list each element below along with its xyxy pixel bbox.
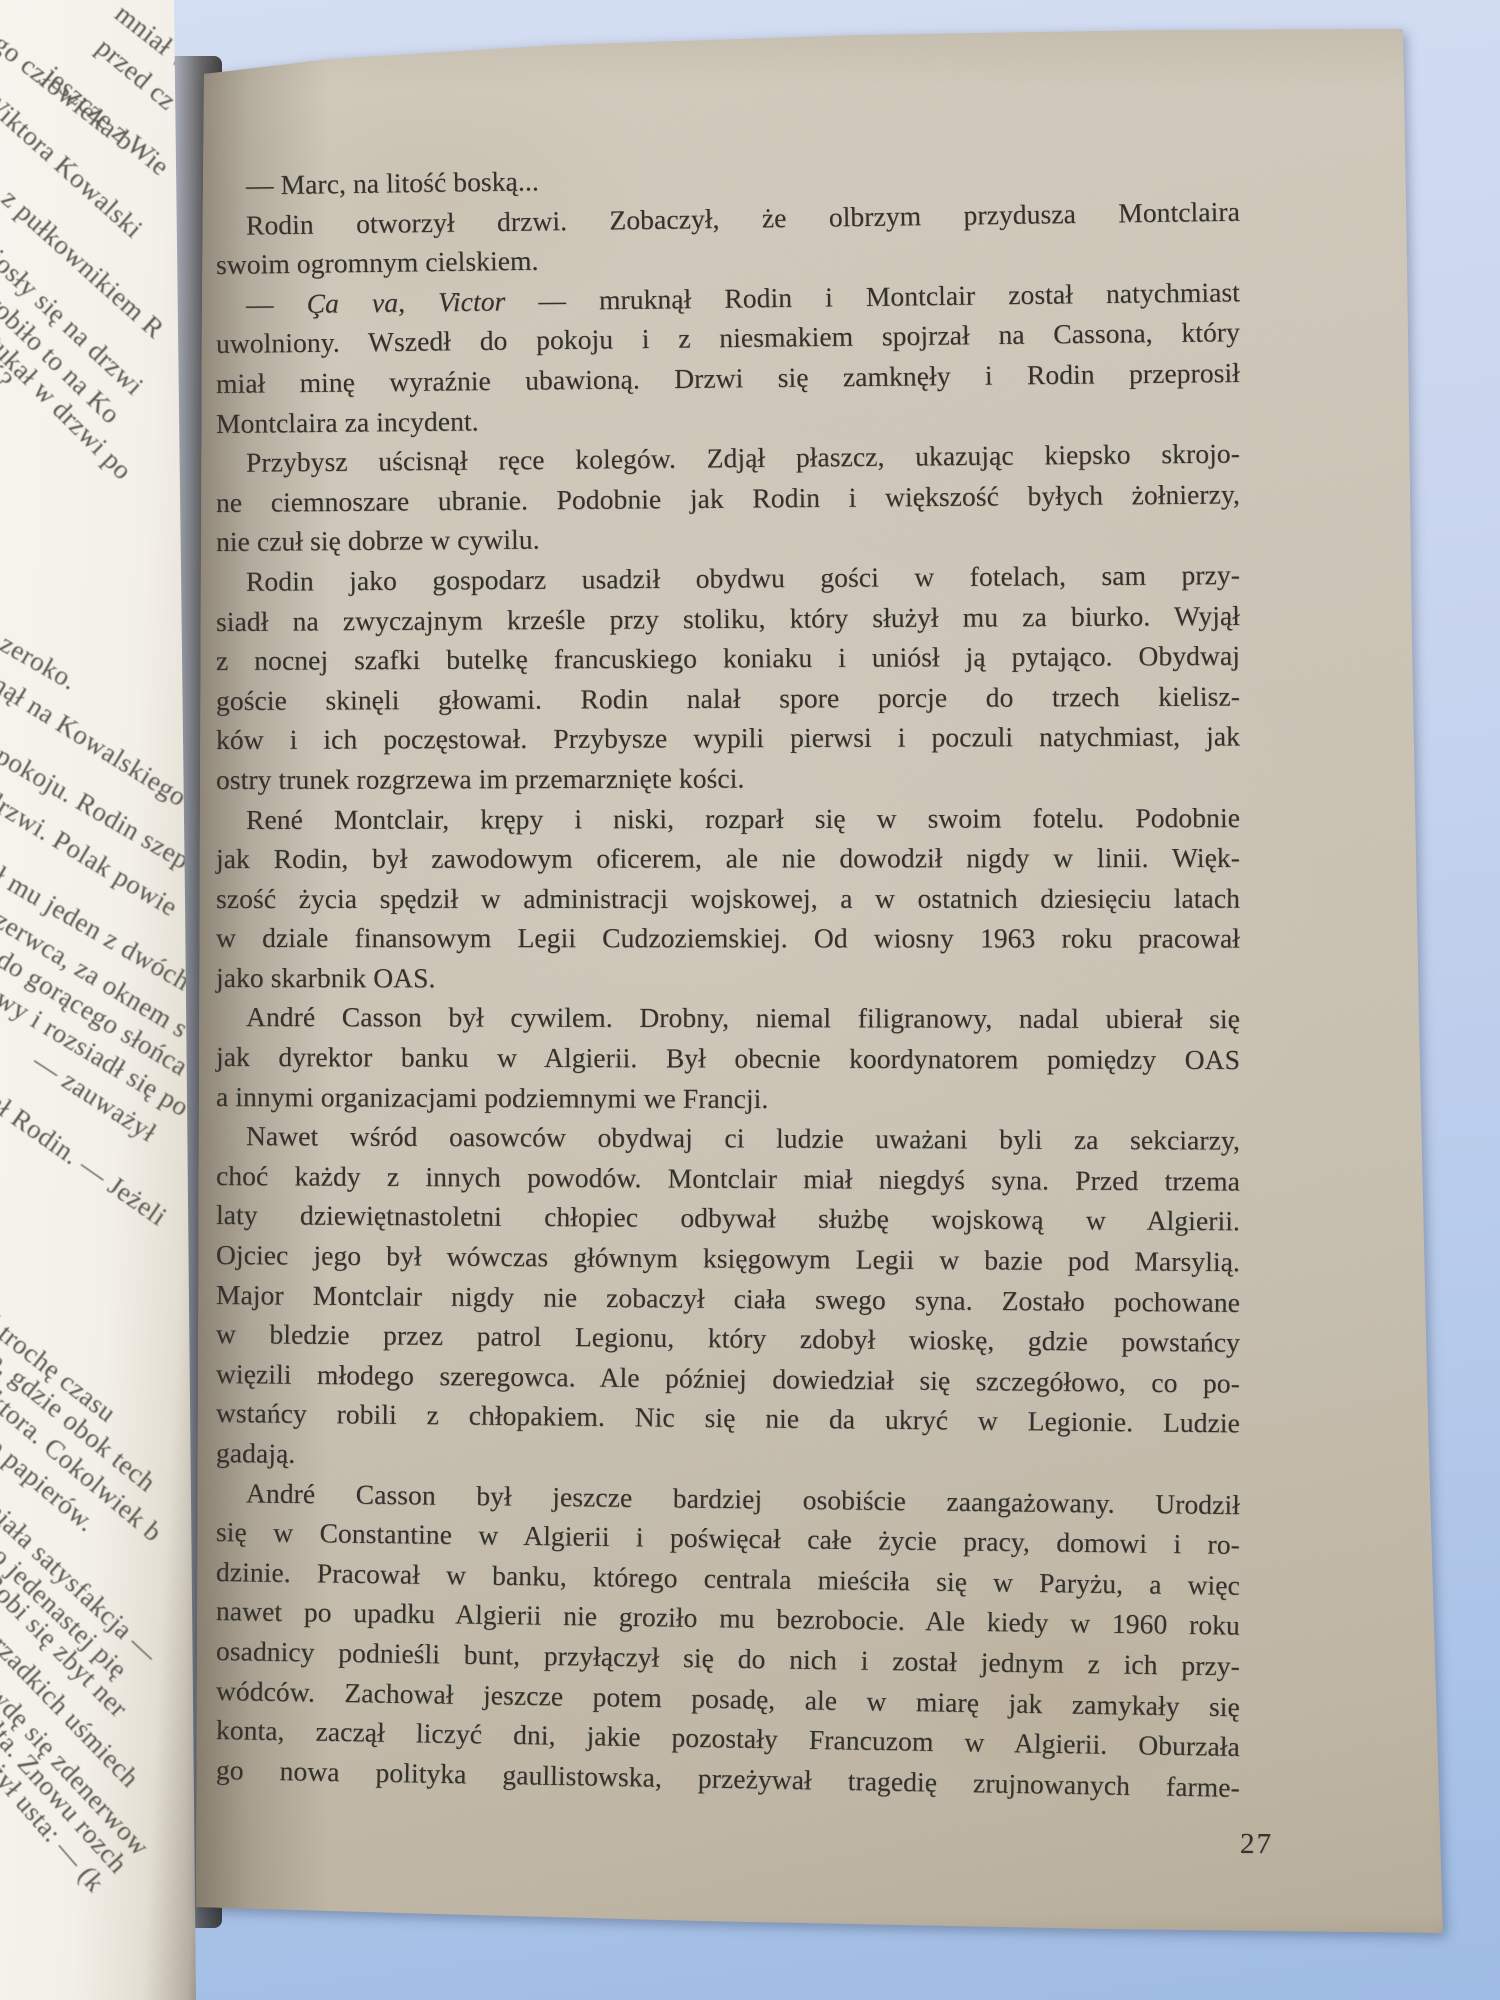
text-line: jak Rodin, był zawodowym oficerem, ale n…	[216, 838, 1240, 879]
text-line: nie czuł się dobrze w cywilu.	[216, 515, 1240, 562]
text-line: René Montclair, krępy i niski, rozparł s…	[216, 798, 1240, 840]
text-line: choć każdy z innych powodów. Montclair m…	[216, 1156, 1240, 1201]
text-line: jak dyrektor banku w Algierii. Był obecn…	[216, 1037, 1240, 1080]
text-line: André Casson był cywilem. Drobny, niemal…	[216, 997, 1240, 1039]
page-number: 27	[1240, 1828, 1273, 1861]
right-page-wrap: — Marc, na litość boską...Rodin otworzył…	[0, 0, 1500, 2000]
text-line: a innymi organizacjami podziemnymi we Fr…	[216, 1077, 1240, 1120]
text-line: goście skinęli głowami. Rodin nalał spor…	[216, 676, 1240, 720]
text-line: Nawet wśród oasowców obydwaj ci ludzie u…	[216, 1116, 1240, 1160]
text-line: siadł na zwyczajnym krześle przy stoliku…	[216, 595, 1240, 641]
text-line: w dziale finansowym Legii Cudzoziemskiej…	[216, 918, 1240, 958]
text-line: ostry trunek rozgrzewa im przemarznięte …	[216, 757, 1240, 799]
text-line: z nocnej szafki butelkę francuskiego kon…	[216, 636, 1240, 681]
text-line: jako skarbnik OAS.	[216, 958, 1240, 999]
text-line: szość życia spędził w administracji wojs…	[216, 878, 1240, 918]
photo-of-open-book: mniał wygo człowieka bprzed czjeszcze z …	[0, 0, 1500, 2000]
text-line: ków i ich poczęstował. Przybysze wypili …	[216, 717, 1240, 760]
text-line: Ojciec jego był wówczas głównym księgowy…	[216, 1235, 1240, 1282]
text-line: laty dziewiętnastoletni chłopiec odbywał…	[216, 1195, 1240, 1241]
page-text: — Marc, na litość boską...Rodin otworzył…	[216, 166, 1240, 1789]
text-line: Rodin jako gospodarz usadził obydwu gośc…	[216, 555, 1240, 602]
book-page: — Marc, na litość boską...Rodin otworzył…	[0, 0, 1500, 2000]
